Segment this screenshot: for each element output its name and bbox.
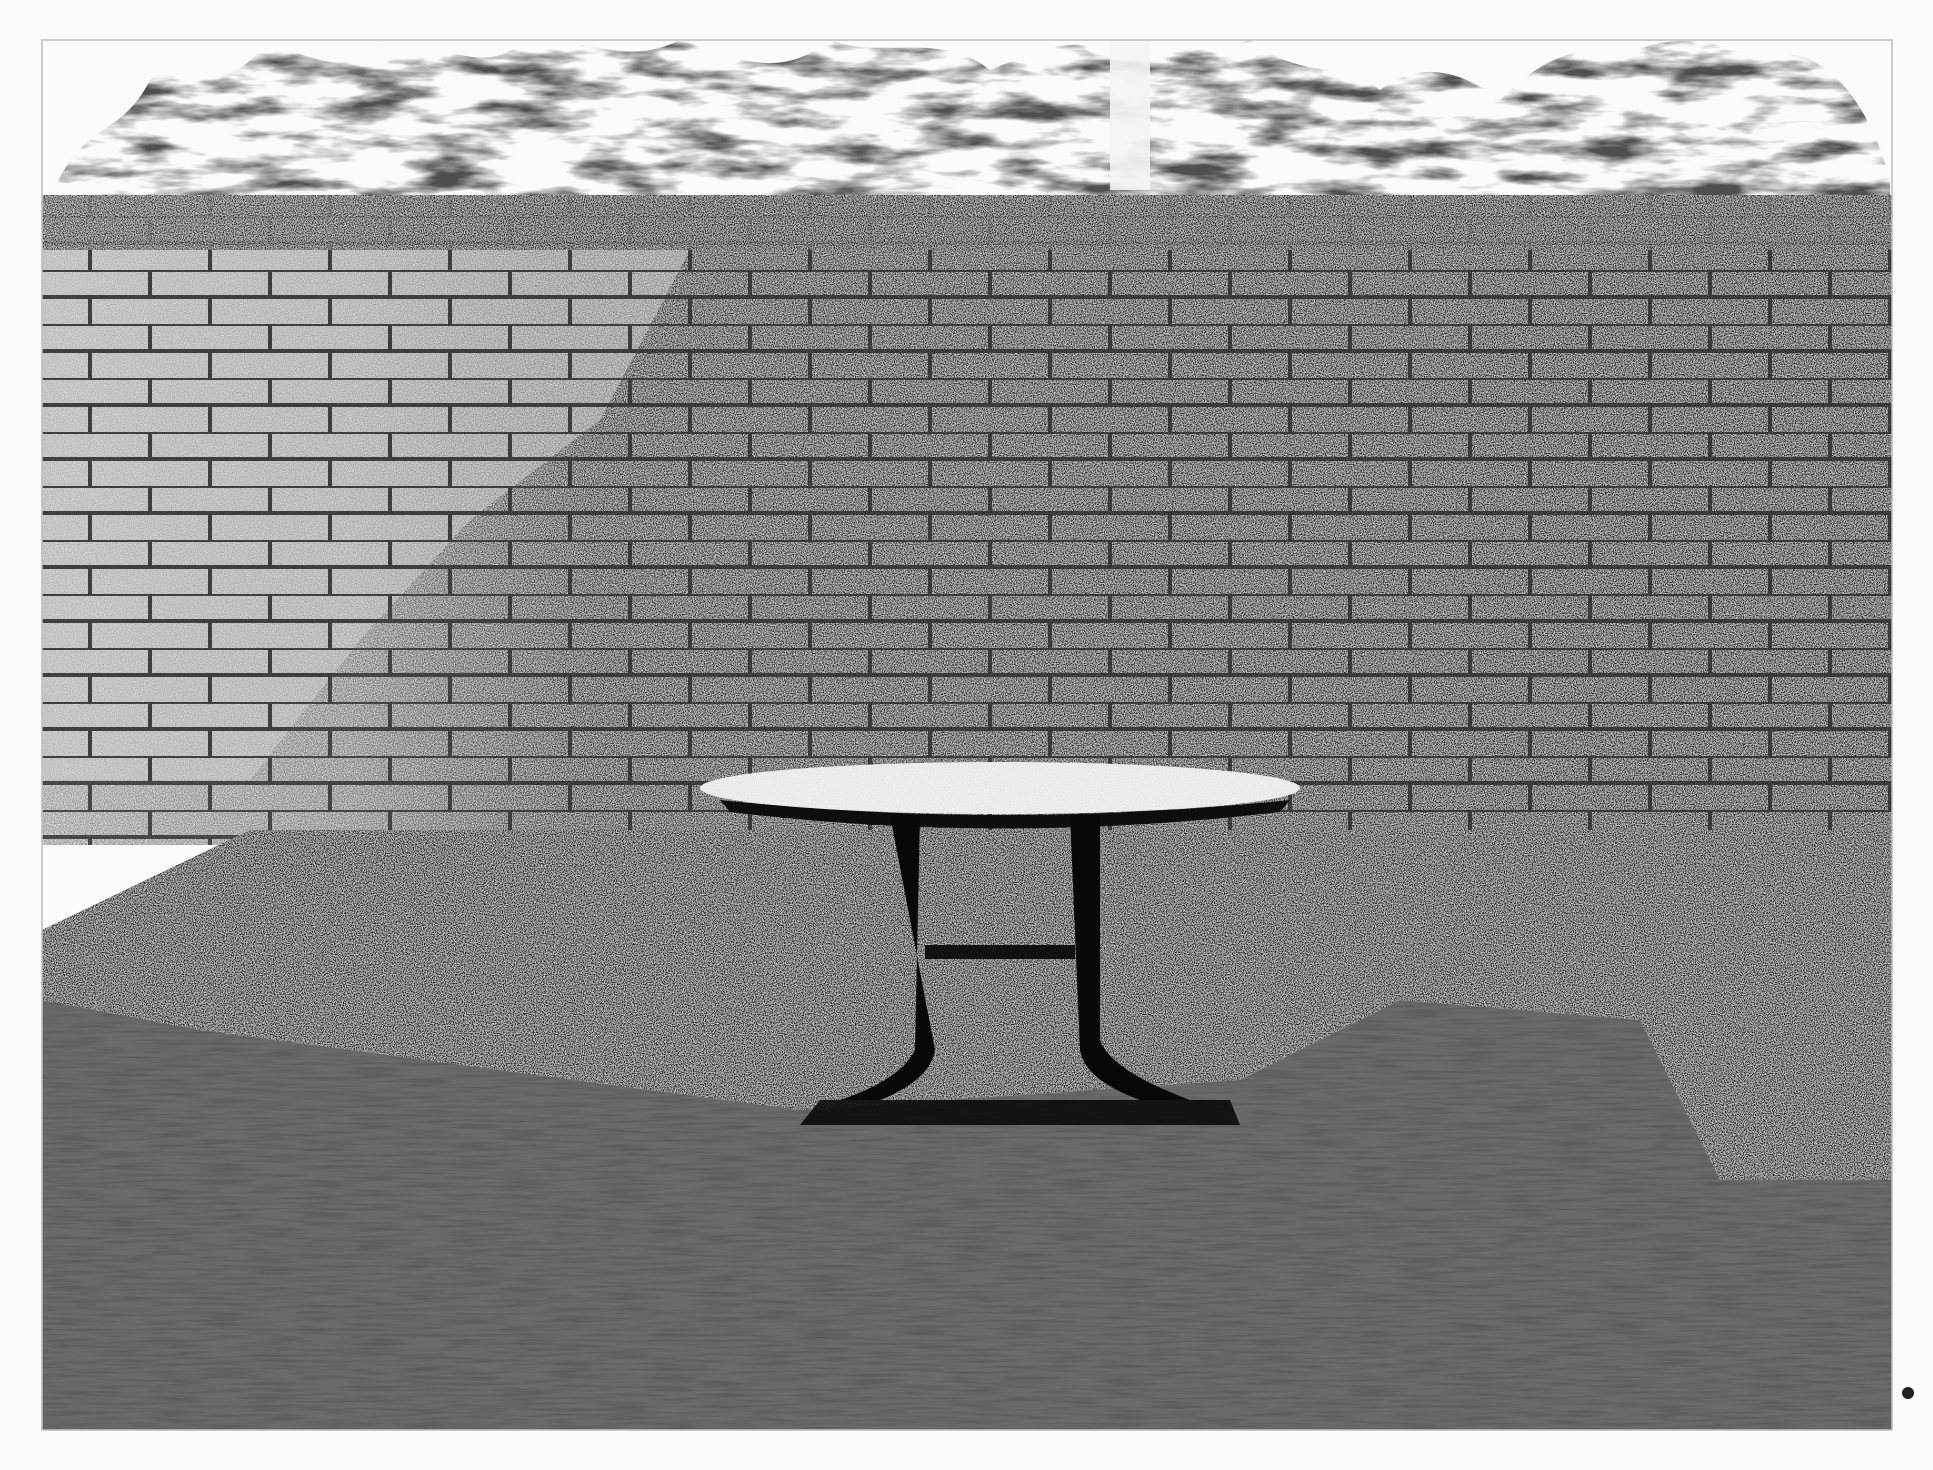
pencil-drawing — [0, 0, 1933, 1470]
brick-wall — [42, 195, 1892, 845]
treeline — [50, 39, 1890, 200]
pencil-dot — [1902, 1387, 1914, 1399]
